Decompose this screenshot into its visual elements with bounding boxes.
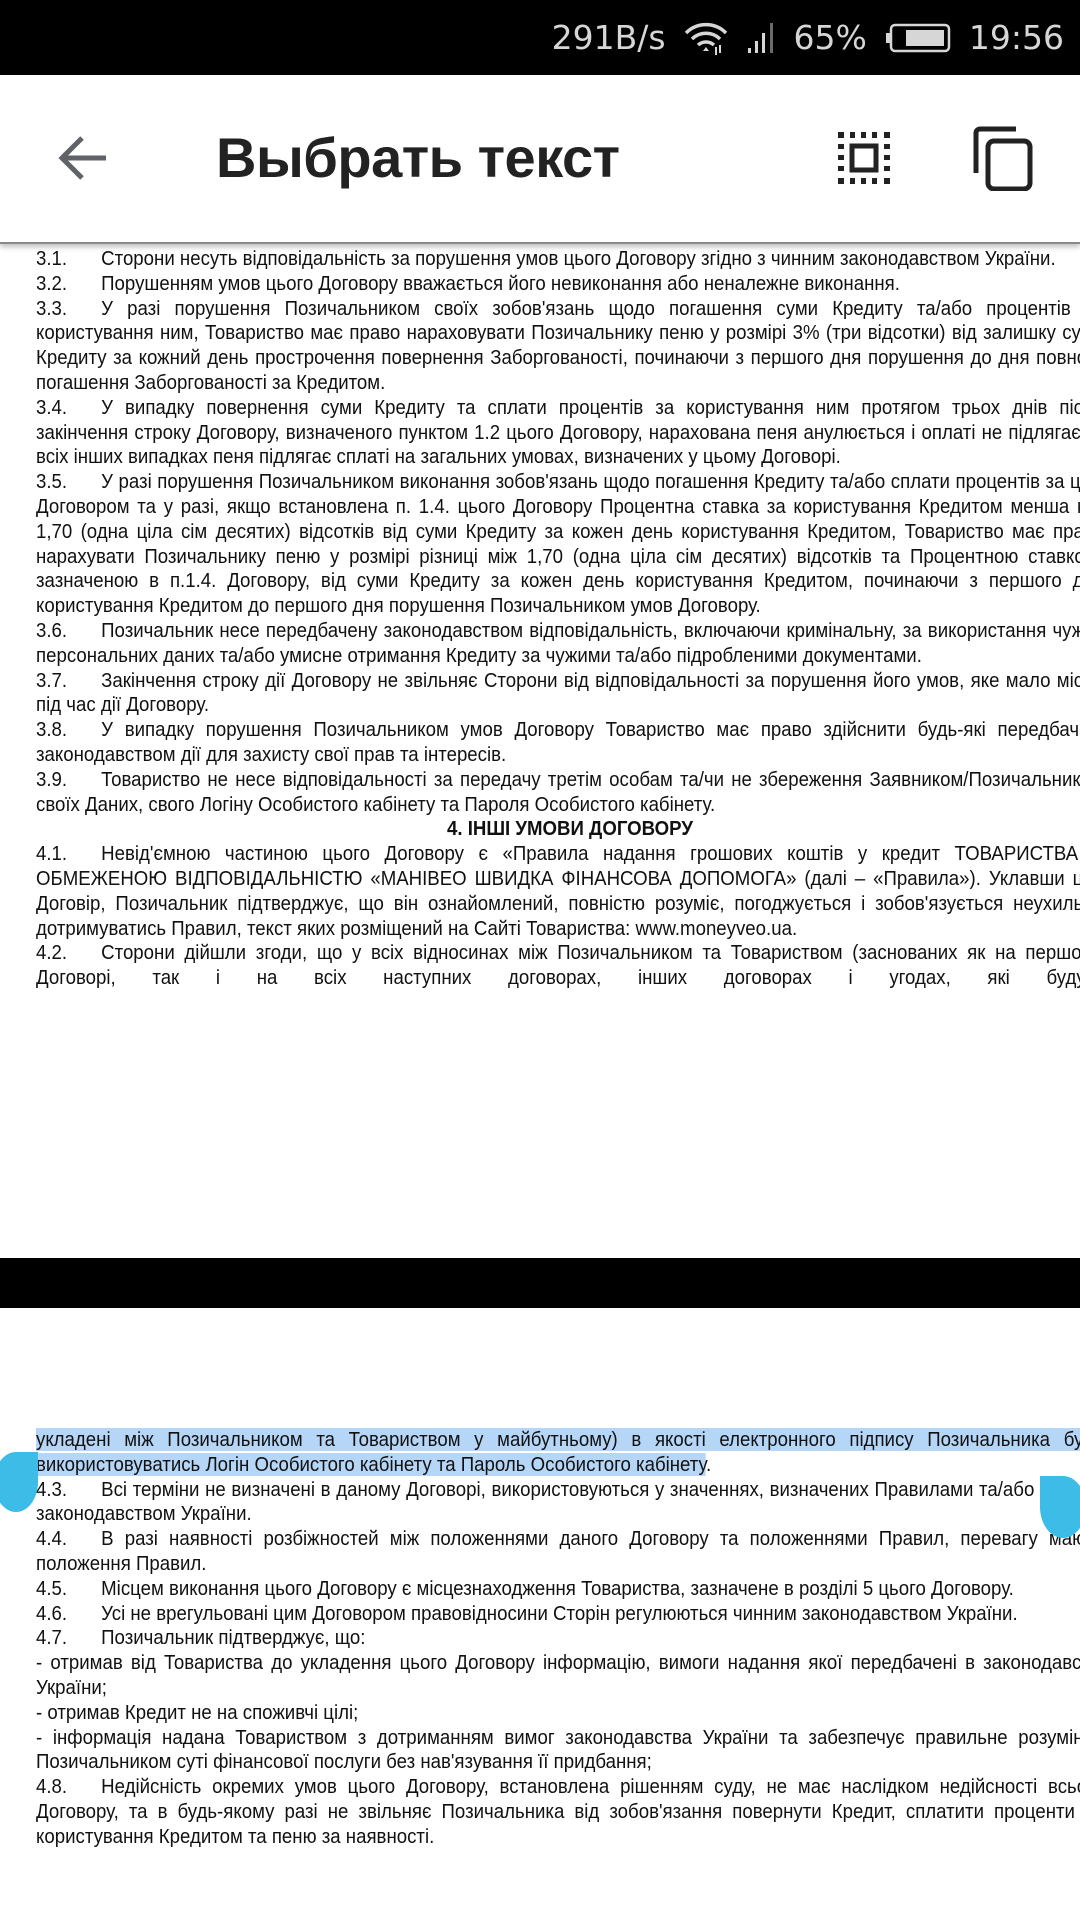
battery-icon [885, 23, 951, 53]
clause-4-1[interactable]: 4.1.Невід'ємною частиною цього Договору … [36, 842, 1080, 941]
clock: 19:56 [969, 18, 1064, 57]
clause-4-6[interactable]: 4.6.Усі не врегульовані цим Договором пр… [36, 1602, 1080, 1627]
clause-4-8[interactable]: 4.8.Недійсність окремих умов цього Догов… [36, 1775, 1080, 1849]
bullet-item[interactable]: - інформація надана Товариством з дотрим… [36, 1726, 1080, 1776]
app-bar: Выбрать текст [0, 75, 1080, 244]
selection-end-handle[interactable] [1040, 1476, 1080, 1538]
document-page-1-content: 3.1.Сторони несуть відповідальність за п… [36, 247, 1080, 991]
clause-4-2[interactable]: 4.2.Сторони дійшли згоди, що у всіх відн… [36, 941, 1080, 991]
selected-text-block[interactable]: укладені між Позичальником та Товариство… [36, 1428, 1080, 1478]
wifi-icon [684, 21, 728, 55]
text-selection[interactable]: укладені між Позичальником та Товариство… [36, 1428, 1080, 1476]
page-title: Выбрать текст [216, 125, 620, 190]
clause-4-5[interactable]: 4.5.Місцем виконання цього Договору є мі… [36, 1577, 1080, 1602]
copy-icon [970, 125, 1036, 191]
clause-3-7[interactable]: 3.7.Закінчення строку дії Договору не зв… [36, 669, 1080, 719]
page-break [0, 1258, 1080, 1308]
cell-signal-icon [746, 21, 776, 55]
clause-3-3[interactable]: 3.3.У разі порушення Позичальником своїх… [36, 297, 1080, 396]
bullet-item[interactable]: - отримав від Товариства до укладення ць… [36, 1651, 1080, 1701]
document-page-2: укладені між Позичальником та Товариство… [0, 1308, 1080, 1920]
arrow-back-icon [54, 128, 114, 188]
network-speed: 291B/s [552, 18, 666, 57]
clause-4-4[interactable]: 4.4.В разі наявності розбіжностей між по… [36, 1527, 1080, 1577]
document-page-2-content: укладені між Позичальником та Товариство… [36, 1428, 1080, 1850]
clause-3-6[interactable]: 3.6.Позичальник несе передбачену законод… [36, 619, 1080, 669]
select-all-button[interactable] [834, 128, 894, 188]
clause-4-7[interactable]: 4.7.Позичальник підтверджує, що: [36, 1626, 1080, 1651]
select-all-icon [834, 128, 894, 188]
back-button[interactable] [54, 128, 114, 188]
battery-percent: 65% [794, 18, 867, 57]
clause-3-1[interactable]: 3.1.Сторони несуть відповідальність за п… [36, 247, 1080, 272]
section-heading: 4. ІНШІ УМОВИ ДОГОВОРУ [36, 817, 1080, 842]
bullet-item[interactable]: - отримав Кредит не на споживчі цілі; [36, 1701, 1080, 1726]
clause-3-4[interactable]: 3.4.У випадку повернення суми Кредиту та… [36, 396, 1080, 470]
clause-3-8[interactable]: 3.8.У випадку порушення Позичальником ум… [36, 718, 1080, 768]
clause-4-3[interactable]: 4.3.Всі терміни не визначені в даному До… [36, 1478, 1080, 1528]
status-bar: 291B/s 65% 19:56 [0, 0, 1080, 75]
clause-3-2[interactable]: 3.2.Порушенням умов цього Договору вважа… [36, 272, 1080, 297]
copy-button[interactable] [970, 125, 1036, 191]
clause-3-9[interactable]: 3.9.Товариство не несе відповідальності … [36, 768, 1080, 818]
clause-3-5[interactable]: 3.5.У разі порушення Позичальником викон… [36, 470, 1080, 619]
document-page-1: 3.1.Сторони несуть відповідальність за п… [0, 243, 1080, 1258]
